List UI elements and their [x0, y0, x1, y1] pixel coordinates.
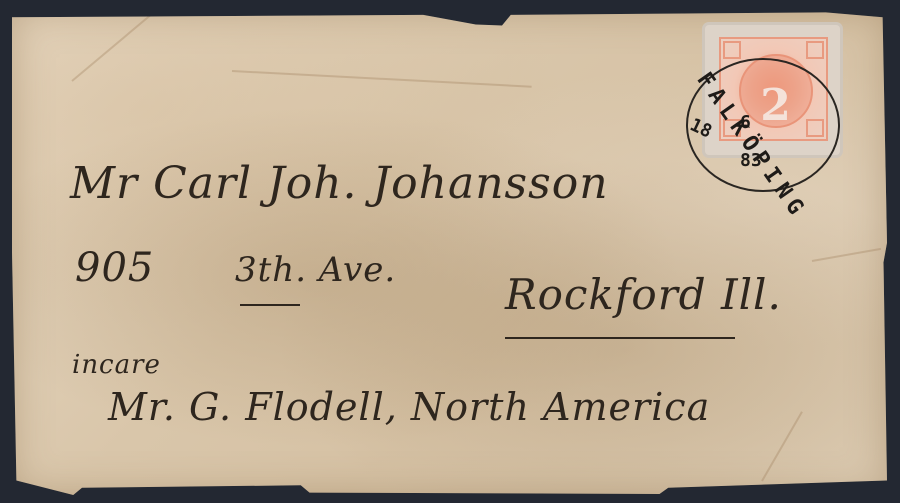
street-underline — [240, 304, 300, 306]
address-line-1: Mr Carl Joh. Johansson — [70, 158, 609, 209]
address-city: Rockford Ill. — [505, 270, 782, 319]
address-care-of-label: incare — [72, 350, 161, 380]
stamp-corner-ornament — [723, 41, 741, 59]
crease — [812, 248, 881, 262]
postmark-month: 6 — [740, 112, 751, 133]
postmark-year: 83 — [740, 150, 762, 171]
crease — [761, 411, 803, 481]
crease — [71, 0, 180, 82]
address-street: 3th. Ave. — [235, 250, 396, 290]
address-care-of-name: Mr. G. Flodell, North America — [108, 385, 710, 429]
stamp-corner-ornament — [806, 41, 824, 59]
city-underline — [505, 337, 735, 339]
address-house-number: 905 — [75, 245, 154, 291]
crease — [232, 70, 532, 88]
